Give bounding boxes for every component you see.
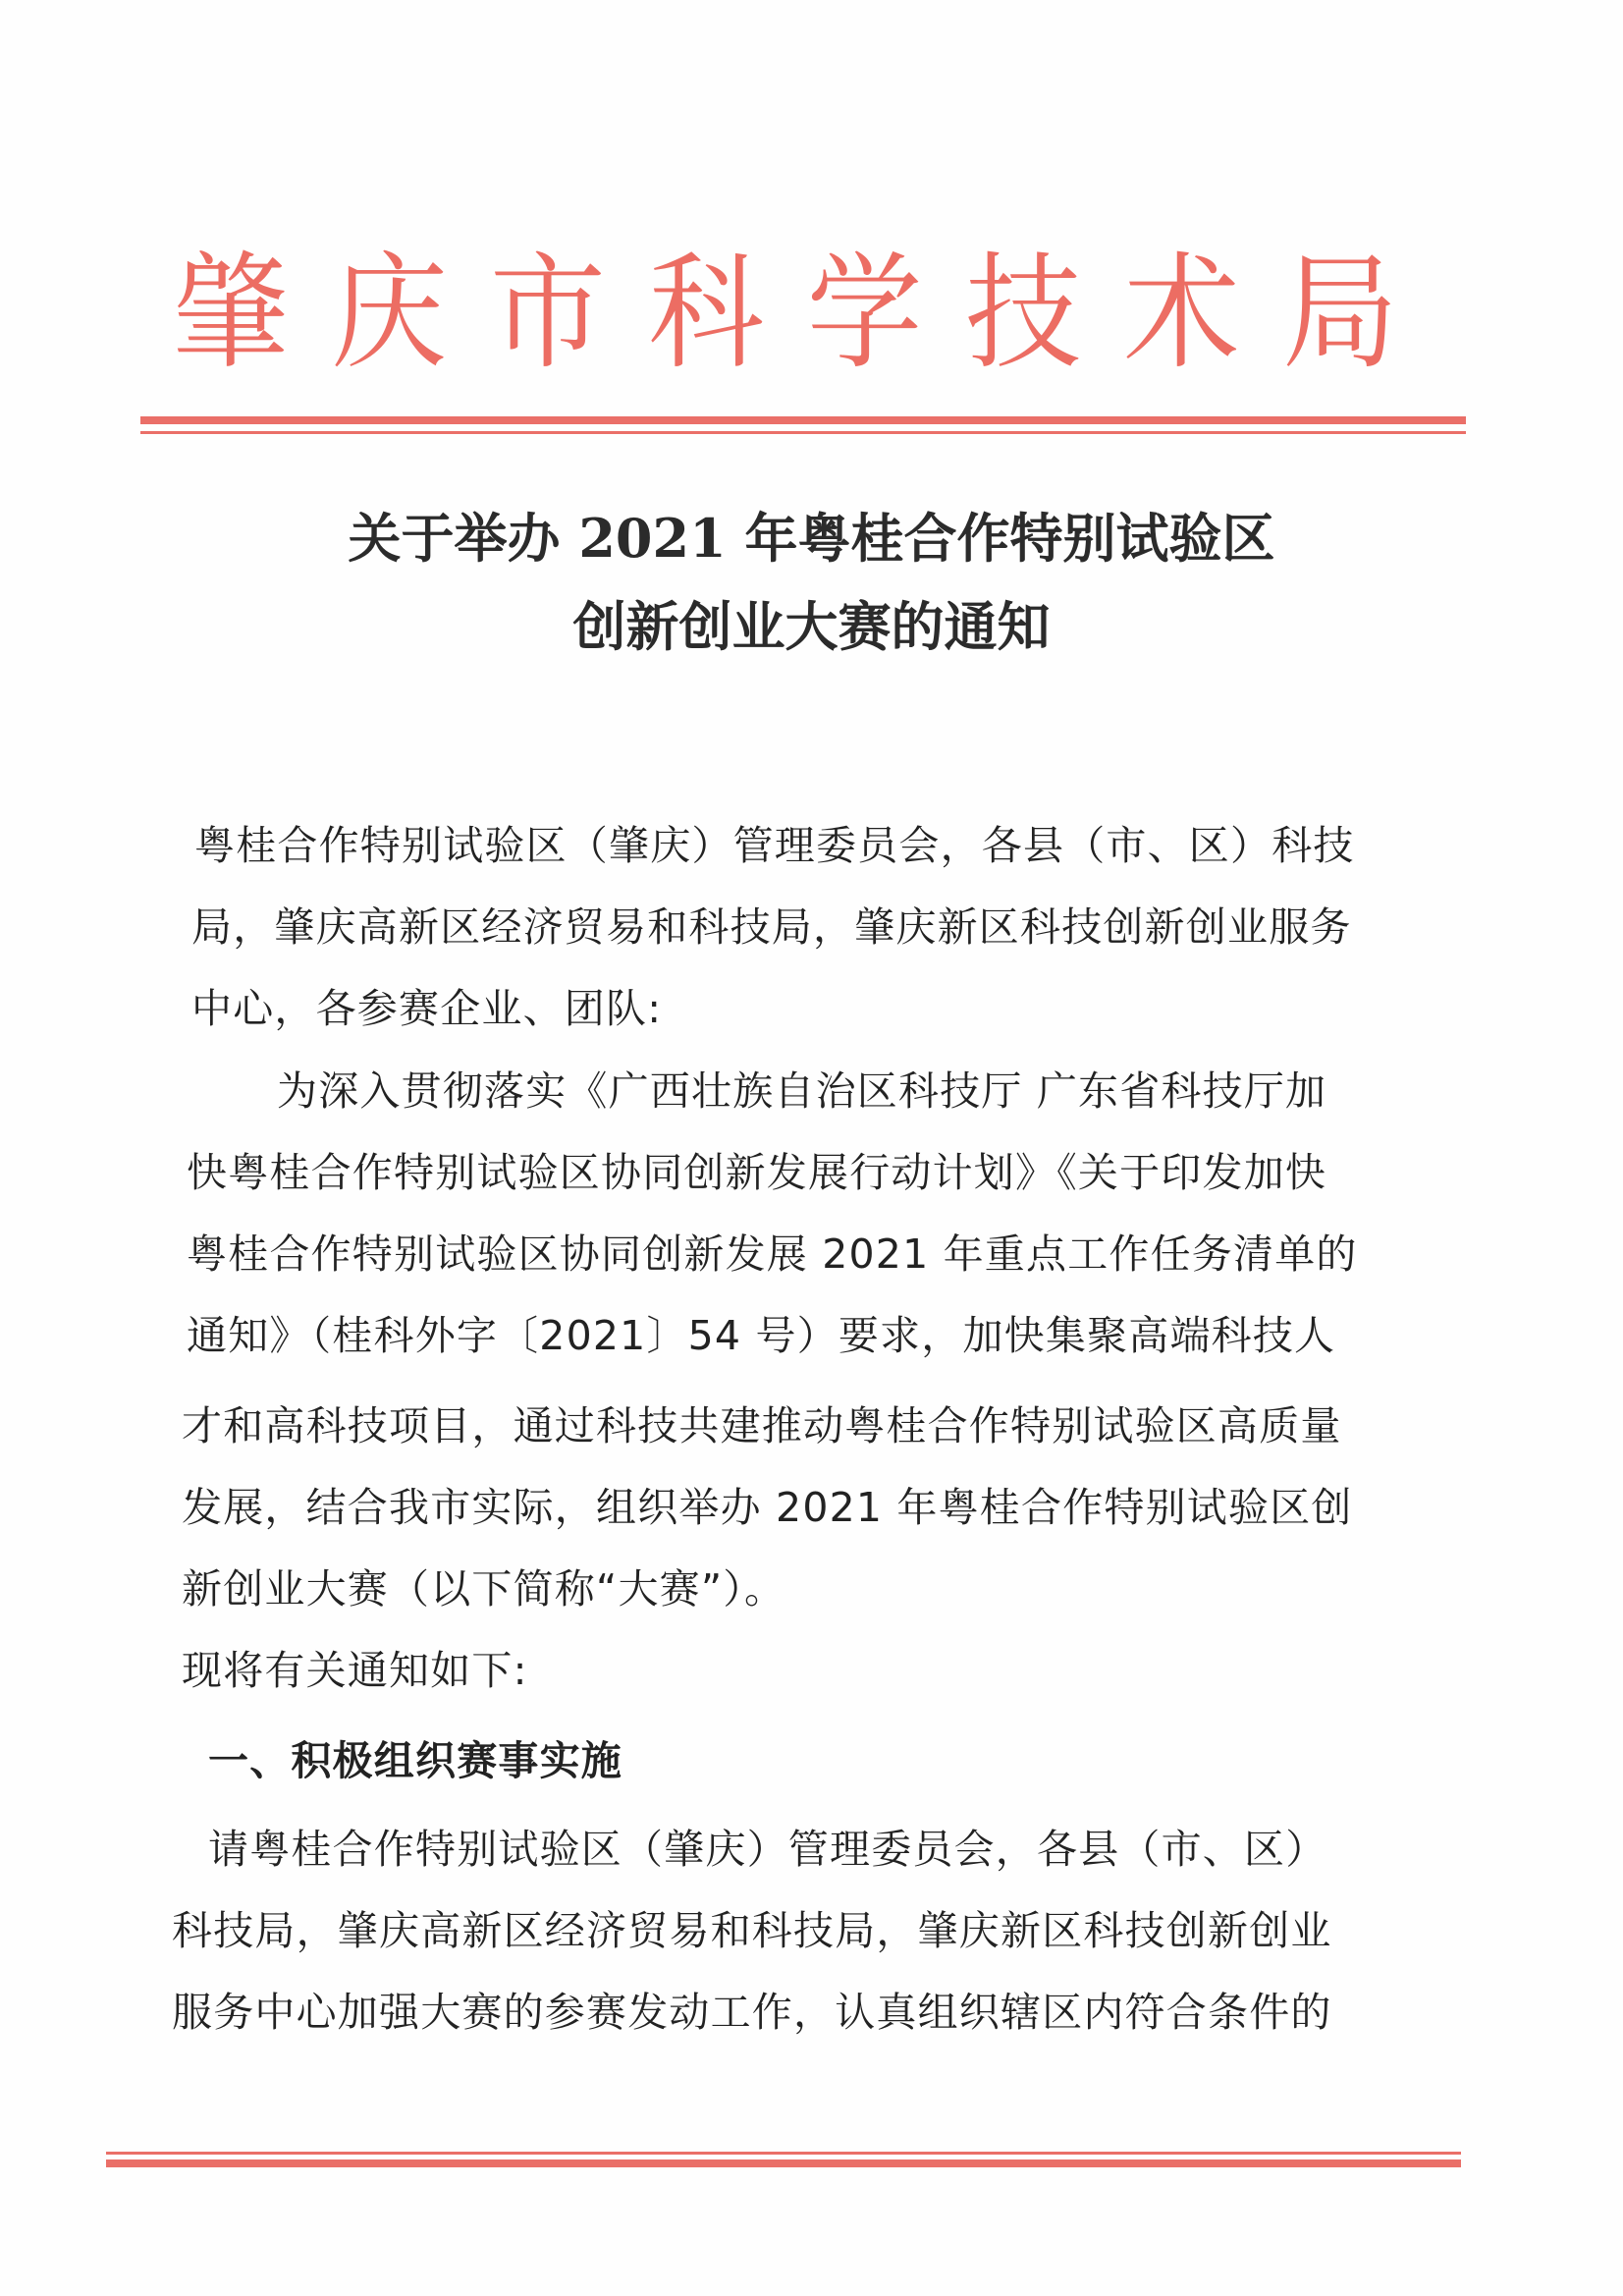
body-line: 科技局，肇庆高新区经济贸易和科技局，肇庆新区科技创新创业 (172, 1906, 1332, 1955)
body-line: 局，肇庆高新区经济贸易和科技局，肇庆新区科技创新创业服务 (191, 902, 1352, 952)
body-line: 服务中心加强大赛的参赛发动工作，认真组织辖区内符合条件的 (172, 1988, 1332, 2037)
letterhead-char: 肇 (172, 238, 290, 386)
document-page: 肇 庆 市 科 学 技 术 局 关于举办 2021 年粤桂合作特别试验区 创新创… (0, 0, 1623, 2296)
letterhead-char: 庆 (330, 238, 448, 386)
body-line: 粤桂合作特别试验区协同创新发展 2021 年重点工作任务清单的 (187, 1230, 1358, 1279)
section-heading: 一、积极组织赛事实施 (208, 1736, 622, 1785)
header-rule-thin (140, 431, 1466, 434)
body-line: 新创业大赛（以下简称“大赛”）。 (182, 1564, 785, 1613)
body-line: 请粤桂合作特别试验区（肇庆）管理委员会，各县（市、区） (208, 1825, 1326, 1874)
letterhead-char: 市 (489, 238, 607, 386)
letterhead-char: 技 (964, 238, 1082, 386)
body-line: 粤桂合作特别试验区（肇庆）管理委员会，各县（市、区）科技 (194, 821, 1355, 870)
letterhead-char: 局 (1281, 238, 1399, 386)
letterhead-char: 学 (806, 238, 924, 386)
letterhead-org-name: 肇 庆 市 科 学 技 术 局 (172, 238, 1399, 386)
footer-rule-thick (106, 2159, 1461, 2167)
body-line: 发展，结合我市实际，组织举办 2021 年粤桂合作特别试验区创 (182, 1483, 1353, 1532)
footer-rule-thin (106, 2152, 1461, 2155)
body-line: 中心，各参赛企业、团队: (191, 984, 662, 1033)
document-title-line1: 关于举办 2021 年粤桂合作特别试验区 (0, 509, 1623, 568)
body-line: 快粤桂合作特别试验区协同创新发展行动计划》《关于印发加快 (187, 1148, 1326, 1197)
letterhead-char: 科 (647, 238, 765, 386)
document-title-line2: 创新创业大赛的通知 (0, 597, 1623, 656)
body-line: 通知》（桂科外字〔2021〕54 号）要求，加快集聚高端科技人 (187, 1311, 1335, 1360)
body-line: 现将有关通知如下: (182, 1646, 528, 1695)
letterhead-char: 术 (1123, 238, 1241, 386)
body-line: 才和高科技项目，通过科技共建推动粤桂合作特别试验区高质量 (182, 1401, 1342, 1450)
header-rule-thick (140, 416, 1466, 424)
body-line: 为深入贯彻落实《广西壮族自治区科技厅 广东省科技厅加 (277, 1066, 1326, 1116)
